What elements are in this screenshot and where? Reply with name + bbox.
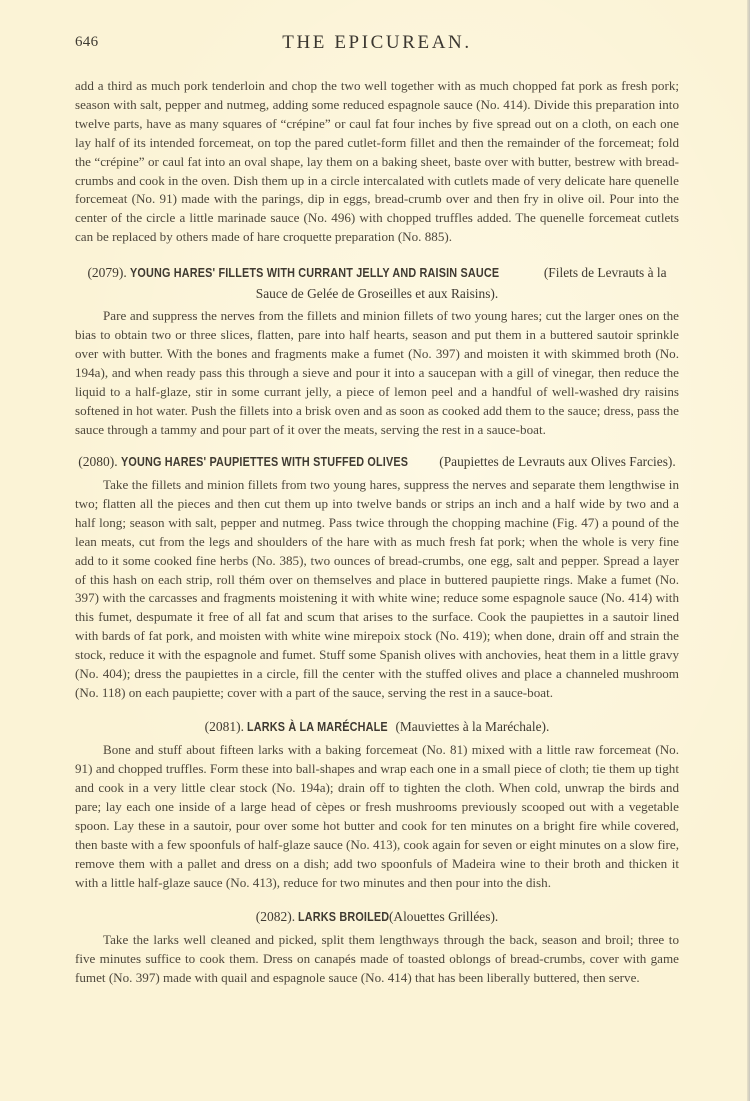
- recipe-body-2079: Pare and suppress the nerves from the fi…: [75, 307, 679, 439]
- recipe-number: (2079).: [87, 265, 126, 280]
- recipe-body-2082: Take the larks well cleaned and picked, …: [75, 931, 679, 988]
- recipe-title: LARKS À LA MARÉCHALE: [247, 718, 388, 738]
- recipe-french-title: (Paupiettes de Levrauts aux Olives Farci…: [439, 454, 676, 469]
- recipe-french-title: (Mauviettes à la Maréchale).: [395, 719, 549, 734]
- book-page: 646 THE EPICUREAN. add a third as much p…: [0, 0, 750, 1101]
- recipe-title: YOUNG HARES' PAUPIETTES WITH STUFFED OLI…: [121, 453, 408, 473]
- recipe-title: LARKS BROILED: [298, 908, 389, 928]
- recipe-heading-2081: (2081). LARKS À LA MARÉCHALE (Mauviettes…: [75, 717, 679, 738]
- continuation-paragraph: add a third as much pork tenderloin and …: [75, 77, 679, 247]
- recipe-body-2080: Take the fillets and minion fillets from…: [75, 476, 679, 703]
- page-content: add a third as much pork tenderloin and …: [75, 77, 679, 988]
- recipe-title: YOUNG HARES' FILLETS WITH CURRANT JELLY …: [130, 264, 499, 284]
- recipe-body-2081: Bone and stuff about fifteen larks with …: [75, 741, 679, 892]
- book-title: THE EPICUREAN.: [75, 32, 679, 54]
- recipe-number: (2080).: [78, 454, 117, 469]
- recipe-heading-2079: (2079). YOUNG HARES' FILLETS WITH CURRAN…: [75, 263, 679, 303]
- recipe-number: (2081).: [205, 719, 244, 734]
- running-head: 646 THE EPICUREAN.: [75, 34, 679, 56]
- recipe-french-title: (Alouettes Grillées).: [389, 909, 498, 924]
- recipe-heading-2080: (2080). YOUNG HARES' PAUPIETTES WITH STU…: [75, 452, 679, 473]
- recipe-number: (2082).: [256, 909, 295, 924]
- recipe-heading-2082: (2082). LARKS BROILED (Alouettes Grillée…: [75, 907, 679, 928]
